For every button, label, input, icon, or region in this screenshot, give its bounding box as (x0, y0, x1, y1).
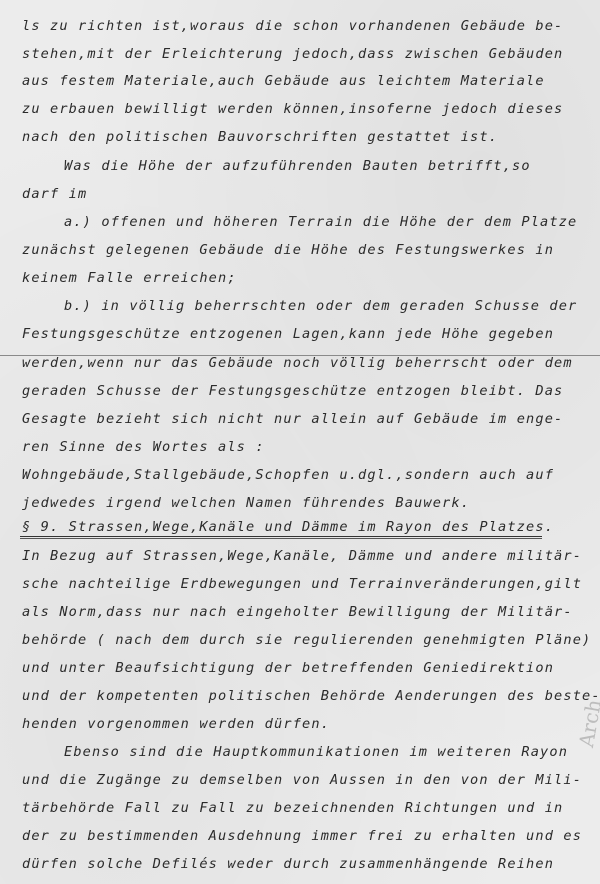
paragraph-start: Ebenso sind die Hauptkommunikationen im … (64, 743, 568, 761)
text-line: In Bezug auf Strassen,Wege,Kanäle, Dämme… (22, 547, 582, 565)
text-line: jedwedes irgend welchen Namen führendes … (22, 494, 470, 512)
text-line: und die Zugänge zu demselben von Aussen … (22, 771, 582, 789)
text-line: dürfen solche Defilés weder durch zusamm… (22, 855, 554, 873)
text-line: geraden Schusse der Festungsgeschütze en… (22, 382, 563, 400)
text-line: behörde ( nach dem durch sie regulierend… (22, 631, 591, 649)
text-line: ren Sinne des Wortes als : (22, 438, 265, 456)
text-line: sche nachteilige Erdbewegungen und Terra… (22, 575, 582, 593)
text-line: zunächst gelegenen Gebäude die Höhe des … (22, 241, 554, 259)
text-line: tärbehörde Fall zu Fall zu bezeichnenden… (22, 799, 563, 817)
text-line: nach den politischen Bauvorschriften ges… (22, 128, 498, 146)
text-line: als Norm,dass nur nach eingeholter Bewil… (22, 603, 573, 621)
text-line: ls zu richten ist,woraus die schon vorha… (22, 17, 563, 35)
section-heading: § 9. Strassen,Wege,Kanäle und Dämme im R… (22, 518, 554, 536)
text-line: werden,wenn nur das Gebäude noch völlig … (22, 354, 573, 372)
text-line: der zu bestimmenden Ausdehnung immer fre… (22, 827, 582, 845)
text-line: und der kompetenten politischen Behörde … (22, 687, 600, 705)
text-line: stehen,mit der Erleichterung jedoch,dass… (22, 45, 563, 63)
text-line: henden vorgenommen werden dürfen. (22, 715, 330, 733)
text-line: und unter Beaufsichtigung der betreffend… (22, 659, 554, 677)
text-line: Wohngebäude,Stallgebäude,Schopfen u.dgl.… (22, 466, 554, 484)
text-line: Festungsgeschütze entzogenen Lagen,kann … (22, 325, 554, 343)
text-line: keinem Falle erreichen; (22, 269, 237, 287)
list-item-b: b.) in völlig beherrschten oder dem gera… (64, 297, 577, 315)
list-item-a: a.) offenen und höheren Terrain die Höhe… (64, 213, 577, 231)
text-line: darf im (22, 185, 87, 203)
section-heading-underline (20, 536, 542, 539)
text-line: zu erbauen bewilligt werden können,insof… (22, 100, 563, 118)
archive-stamp: Arch (574, 698, 600, 750)
paragraph-start: Was die Höhe der aufzuführenden Bauten b… (64, 157, 531, 175)
document-page: ls zu richten ist,woraus die schon vorha… (0, 0, 600, 884)
text-line: aus festem Materiale,auch Gebäude aus le… (22, 72, 545, 90)
text-line: Gesagte bezieht sich nicht nur allein au… (22, 410, 563, 428)
